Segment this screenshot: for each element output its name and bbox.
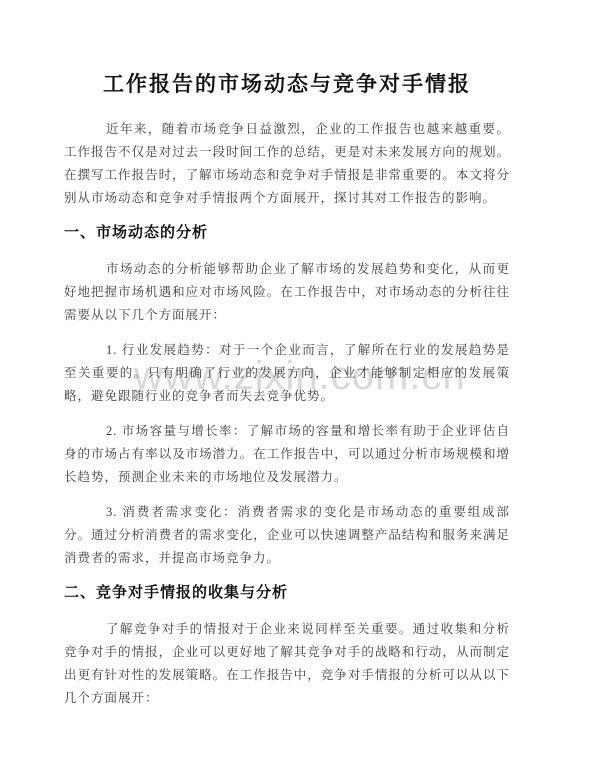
section-heading-market-dynamics: 一、市场动态的分析 bbox=[64, 224, 510, 242]
section-heading-competitor-intel: 二、竞争对手情报的收集与分析 bbox=[64, 584, 510, 602]
list-item-industry-trend: 1. 行业发展趋势：对于一个企业而言，了解所在行业的发展趋势是至关重要的。只有明… bbox=[64, 339, 510, 408]
list-item-market-capacity: 2. 市场容量与增长率：了解市场的容量和增长率有助于企业评估自身的市场占有率以及… bbox=[64, 420, 510, 489]
document-page: www.zixin.com.cn 工作报告的市场动态与竞争对手情报 近年来，随着… bbox=[0, 0, 600, 776]
list-item-consumer-demand: 3. 消费者需求变化：消费者需求的变化是市场动态的重要组成部分。通过分析消费者的… bbox=[64, 501, 510, 570]
document-title: 工作报告的市场动态与竞争对手情报 bbox=[64, 70, 510, 100]
market-dynamics-paragraph: 市场动态的分析能够帮助企业了解市场的发展趋势和变化，从而更好地把握市场机遇和应对… bbox=[64, 258, 510, 327]
intro-paragraph: 近年来，随着市场竞争日益激烈，企业的工作报告也越来越重要。工作报告不仅是对过去一… bbox=[64, 118, 510, 210]
competitor-intel-paragraph: 了解竞争对手的情报对于企业来说同样至关重要。通过收集和分析竞争对手的情报，企业可… bbox=[64, 618, 510, 710]
document-content: 工作报告的市场动态与竞争对手情报 近年来，随着市场竞争日益激烈，企业的工作报告也… bbox=[0, 0, 600, 710]
